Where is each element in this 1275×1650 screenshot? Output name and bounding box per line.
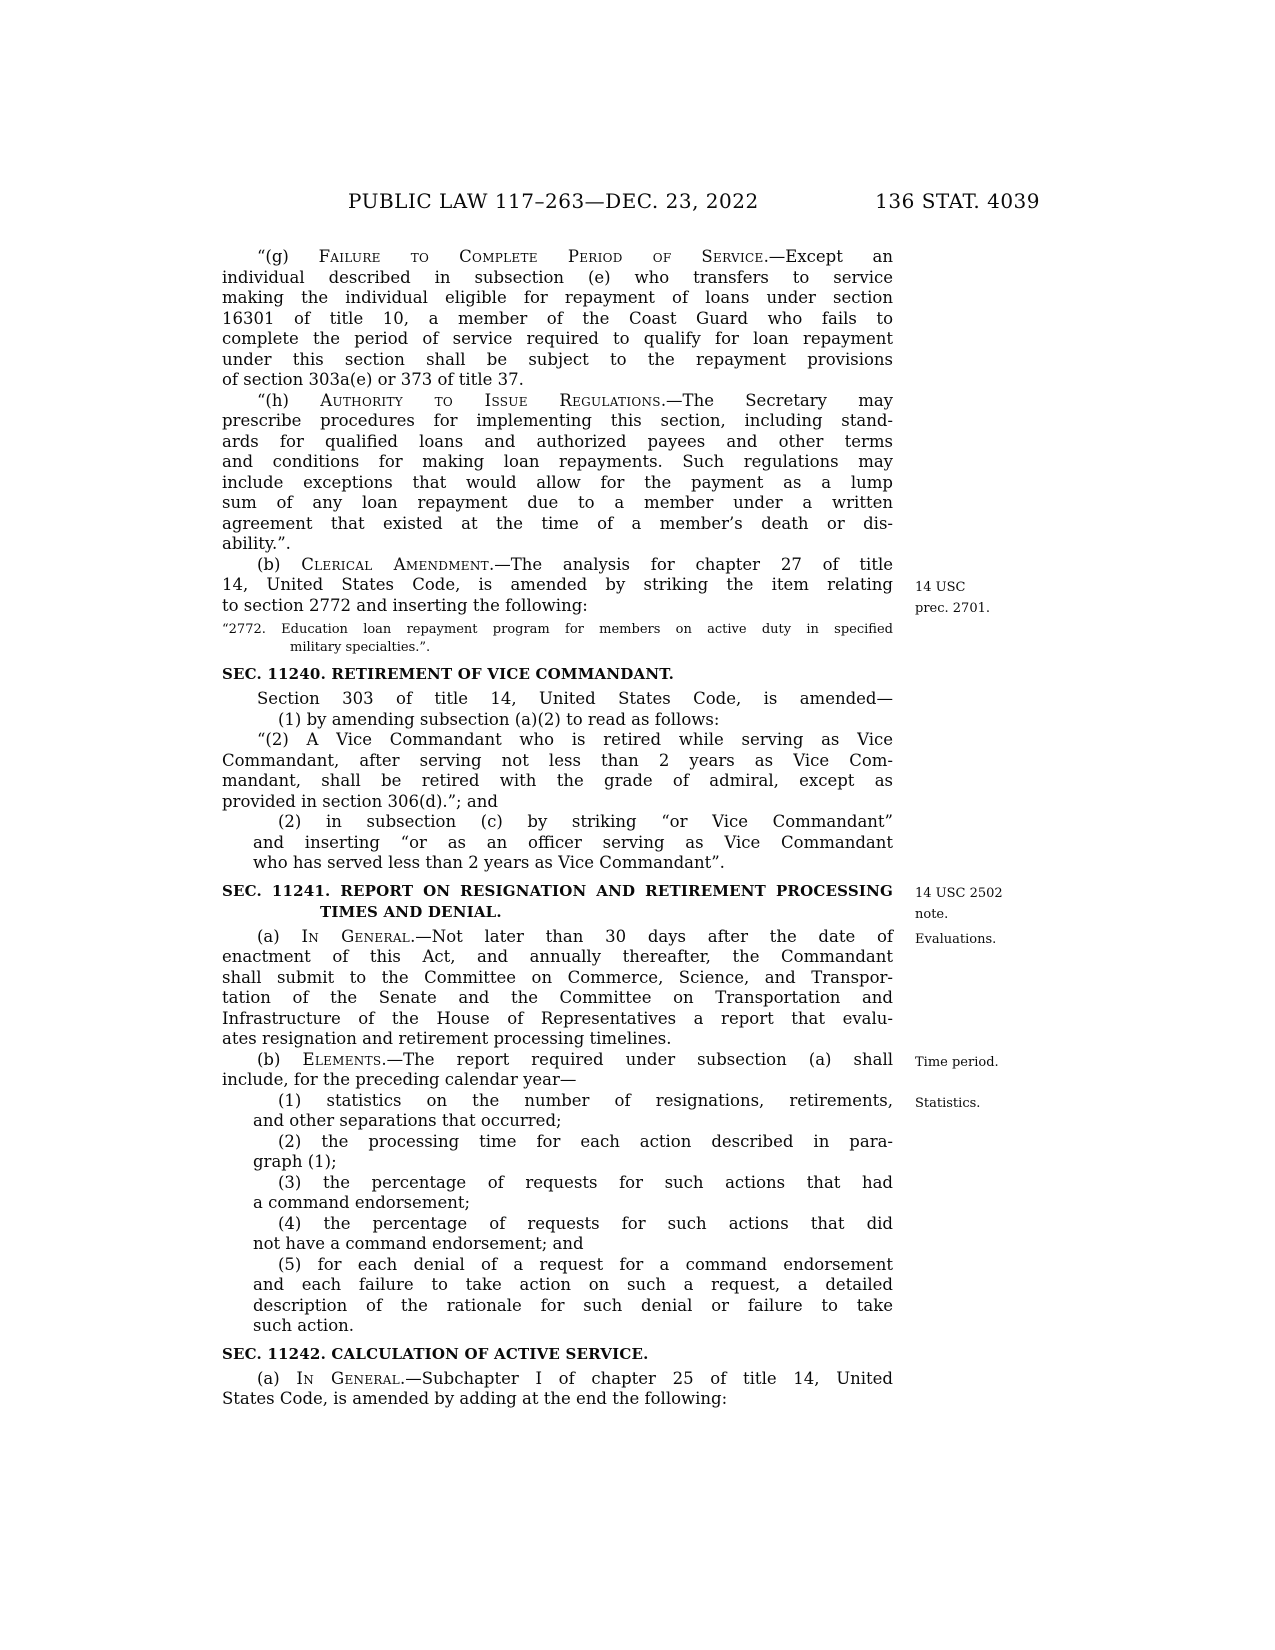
sec-11241-heading-line-1: SEC. 11241. REPORT ON RESIGNATION AND RE…: [222, 881, 893, 902]
sec-11241-heading-margin-note: 14 USC 2502note.: [915, 883, 1047, 925]
sec-11240-item-2-line-1: (2) in subsection (c) by striking “or Vi…: [222, 812, 893, 833]
sec-11241-subsec-a-line-3: shall submit to the Committee on Commerc…: [222, 968, 893, 989]
sec-11242-heading-line-1: SEC. 11242. CALCULATION OF ACTIVE SERVIC…: [222, 1344, 893, 1365]
sec-11241-item-5-line-4: such action.: [222, 1316, 893, 1337]
sec-11240-heading-line-1: SEC. 11240. RETIREMENT OF VICE COMMANDAN…: [222, 664, 893, 685]
sec-11241-item-5-line-1: (5) for each denial of a request for a c…: [222, 1255, 893, 1276]
sec-11241-item-5: (5) for each denial of a request for a c…: [222, 1255, 893, 1337]
subsec-h-authority-regulations-line-4: and conditions for making loan repayment…: [222, 452, 893, 473]
small-caps-text: Authority to Issue Regulations: [320, 391, 661, 410]
margin-note-line: prec. 2701.: [915, 598, 1047, 619]
sec-11241-heading: SEC. 11241. REPORT ON RESIGNATION AND RE…: [222, 881, 893, 923]
sec-11241-subsec-b: (b) Elements.—The report required under …: [222, 1050, 893, 1091]
sec-11241-subsec-a-margin-note: Evaluations.: [915, 929, 1047, 950]
sec-11241-item-4-line-2: not have a command endorsement; and: [222, 1234, 893, 1255]
sec-11241-item-5-line-3: description of the rationale for such de…: [222, 1296, 893, 1317]
margin-note-line: 14 USC 2502: [915, 883, 1047, 904]
analysis-quoted-item-2772: “2772. Education loan repayment program …: [222, 621, 893, 657]
subsec-b-clerical-amendment: (b) Clerical Amendment.—The analysis for…: [222, 555, 893, 617]
subsec-h-authority-regulations-line-6: sum of any loan repayment due to a membe…: [222, 493, 893, 514]
small-caps-text: Elements: [302, 1050, 381, 1069]
analysis-quoted-item-2772-line-1: “2772. Education loan repayment program …: [222, 621, 893, 639]
subsec-g-failure-to-complete-line-6: under this section shall be subject to t…: [222, 350, 893, 371]
sec-11241-item-3-line-1: (3) the percentage of requests for such …: [222, 1173, 893, 1194]
subsec-h-authority-regulations-line-1: “(h) Authority to Issue Regulations.—The…: [222, 391, 893, 412]
subsec-b-clerical-amendment-line-1: (b) Clerical Amendment.—The analysis for…: [222, 555, 893, 576]
sec-11241-subsec-a-line-4: tation of the Senate and the Committee o…: [222, 988, 893, 1009]
subsec-g-failure-to-complete-line-4: 16301 of title 10, a member of the Coast…: [222, 309, 893, 330]
sec-11241-item-3-line-2: a command endorsement;: [222, 1193, 893, 1214]
small-caps-text: In General: [301, 927, 410, 946]
subsec-b-clerical-amendment-line-2: 14, United States Code, is amended by st…: [222, 575, 893, 596]
sec-11242-subsec-a-line-2: States Code, is amended by adding at the…: [222, 1389, 893, 1410]
sec-11241-subsec-a-line-6: ates resignation and retirement processi…: [222, 1029, 893, 1050]
margin-note-line: Time period.: [915, 1052, 1047, 1073]
subsec-g-failure-to-complete-line-1: “(g) Failure to Complete Period of Servi…: [222, 247, 893, 268]
statute-page: PUBLIC LAW 117–263—DEC. 23, 2022 136 STA…: [0, 0, 1275, 1650]
subsec-g-failure-to-complete-line-5: complete the period of service required …: [222, 329, 893, 350]
sec-11240-intro: Section 303 of title 14, United States C…: [222, 689, 893, 710]
sec-11241-subsec-b-margin-note: Time period.: [915, 1052, 1047, 1073]
statute-body: “(g) Failure to Complete Period of Servi…: [222, 247, 893, 1410]
margin-note-line: Statistics.: [915, 1093, 1047, 1114]
subsec-h-authority-regulations: “(h) Authority to Issue Regulations.—The…: [222, 391, 893, 555]
running-head-public-law: PUBLIC LAW 117–263—DEC. 23, 2022: [348, 189, 759, 213]
subsec-b-clerical-amendment-margin-note: 14 USCprec. 2701.: [915, 577, 1047, 619]
sec-11242-heading: SEC. 11242. CALCULATION OF ACTIVE SERVIC…: [222, 1344, 893, 1365]
sec-11241-item-1: (1) statistics on the number of resignat…: [222, 1091, 893, 1132]
sec-11241-subsec-a-line-5: Infrastructure of the House of Represent…: [222, 1009, 893, 1030]
sec-11242-subsec-a: (a) In General.—Subchapter I of chapter …: [222, 1369, 893, 1410]
sec-11241-item-2: (2) the processing time for each action …: [222, 1132, 893, 1173]
sec-11240-quoted-para-2: “(2) A Vice Commandant who is retired wh…: [222, 730, 893, 812]
analysis-quoted-item-2772-line-2: military specialties.”.: [222, 639, 893, 657]
sec-11241-item-1-line-2: and other separations that occurred;: [222, 1111, 893, 1132]
sec-11241-subsec-b-line-2: include, for the preceding calendar year…: [222, 1070, 893, 1091]
sec-11241-item-5-line-2: and each failure to take action on such …: [222, 1275, 893, 1296]
margin-note-line: 14 USC: [915, 577, 1047, 598]
sec-11241-subsec-a-line-2: enactment of this Act, and annually ther…: [222, 947, 893, 968]
sec-11241-item-1-margin-note: Statistics.: [915, 1093, 1047, 1114]
sec-11240-item-1: (1) by amending subsection (a)(2) to rea…: [222, 710, 893, 731]
margin-note-line: note.: [915, 904, 1047, 925]
small-caps-text: Clerical Amendment: [301, 555, 489, 574]
sec-11241-subsec-b-line-1: (b) Elements.—The report required under …: [222, 1050, 893, 1071]
sec-11241-item-1-line-1: (1) statistics on the number of resignat…: [222, 1091, 893, 1112]
margin-note-line: Evaluations.: [915, 929, 1047, 950]
sec-11241-item-2-line-1: (2) the processing time for each action …: [222, 1132, 893, 1153]
sec-11240-quoted-para-2-line-4: provided in section 306(d).”; and: [222, 792, 893, 813]
sec-11241-item-3: (3) the percentage of requests for such …: [222, 1173, 893, 1214]
sec-11240-heading: SEC. 11240. RETIREMENT OF VICE COMMANDAN…: [222, 664, 893, 685]
sec-11240-item-2-line-3: who has served less than 2 years as Vice…: [222, 853, 893, 874]
subsec-h-authority-regulations-line-8: ability.”.: [222, 534, 893, 555]
subsec-g-failure-to-complete: “(g) Failure to Complete Period of Servi…: [222, 247, 893, 391]
subsec-g-failure-to-complete-line-7: of section 303a(e) or 373 of title 37.: [222, 370, 893, 391]
subsec-h-authority-regulations-line-3: ards for qualified loans and authorized …: [222, 432, 893, 453]
sec-11240-item-2-line-2: and inserting “or as an officer serving …: [222, 833, 893, 854]
sec-11241-heading-line-2: TIMES AND DENIAL.: [222, 902, 893, 923]
subsec-h-authority-regulations-line-5: include exceptions that would allow for …: [222, 473, 893, 494]
subsec-h-authority-regulations-line-7: agreement that existed at the time of a …: [222, 514, 893, 535]
sec-11241-subsec-a-line-1: (a) In General.—Not later than 30 days a…: [222, 927, 893, 948]
sec-11241-item-4: (4) the percentage of requests for such …: [222, 1214, 893, 1255]
sec-11240-intro-line-1: Section 303 of title 14, United States C…: [222, 689, 893, 710]
subsec-g-failure-to-complete-line-3: making the individual eligible for repay…: [222, 288, 893, 309]
sec-11240-quoted-para-2-line-1: “(2) A Vice Commandant who is retired wh…: [222, 730, 893, 751]
running-head-stat-page-number: 136 STAT. 4039: [875, 189, 1040, 213]
subsec-b-clerical-amendment-line-3: to section 2772 and inserting the follow…: [222, 596, 893, 617]
sec-11240-item-2: (2) in subsection (c) by striking “or Vi…: [222, 812, 893, 874]
sec-11240-quoted-para-2-line-3: mandant, shall be retired with the grade…: [222, 771, 893, 792]
sec-11241-item-4-line-1: (4) the percentage of requests for such …: [222, 1214, 893, 1235]
sec-11241-item-2-line-2: graph (1);: [222, 1152, 893, 1173]
small-caps-text: In General: [296, 1369, 400, 1388]
sec-11240-quoted-para-2-line-2: Commandant, after serving not less than …: [222, 751, 893, 772]
sec-11240-item-1-line-1: (1) by amending subsection (a)(2) to rea…: [222, 710, 893, 731]
subsec-h-authority-regulations-line-2: prescribe procedures for implementing th…: [222, 411, 893, 432]
sec-11242-subsec-a-line-1: (a) In General.—Subchapter I of chapter …: [222, 1369, 893, 1390]
sec-11241-subsec-a: (a) In General.—Not later than 30 days a…: [222, 927, 893, 1050]
subsec-g-failure-to-complete-line-2: individual described in subsection (e) w…: [222, 268, 893, 289]
small-caps-text: Failure to Complete Period of Service: [319, 247, 764, 266]
